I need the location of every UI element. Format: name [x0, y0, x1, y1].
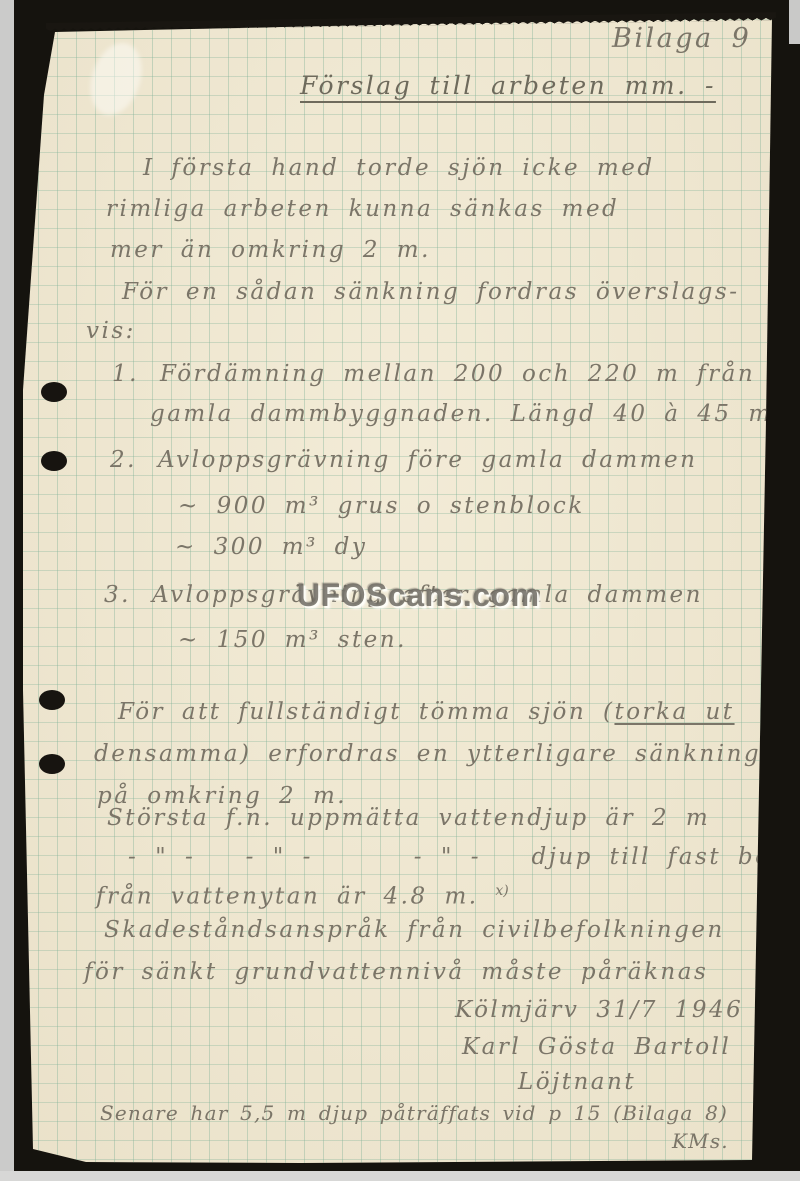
depth-line-3: från vattenytan är 4.8 m. x)	[96, 884, 509, 910]
scanner-bed-strip-bottom	[0, 1171, 800, 1181]
page-title: Förslag till arbeten mm. -	[300, 72, 716, 100]
emptying-line-1-underlined: torka ut	[614, 699, 734, 725]
signature-name: Karl Gösta Bartoll	[462, 1035, 731, 1060]
requirement-line-1: För en sådan sänkning fordras överslags-	[122, 280, 739, 305]
item-1-line-2: gamla dammbyggnaden. Längd 40 à 45 m.	[150, 402, 783, 427]
intro-line-2: rimliga arbeten kunna sänkas med	[106, 197, 619, 222]
item-1-number: 1.	[112, 362, 139, 387]
item-2-line-1: Avloppsgrävning före gamla dammen	[158, 448, 697, 473]
footnote-initials: KMs.	[672, 1130, 729, 1152]
footnote-mark: x)	[495, 883, 508, 899]
signature-rank: Löjtnant	[518, 1070, 636, 1095]
compensation-line-2: för sänkt grundvattennivå måste påräknas	[84, 960, 708, 985]
item-1-line-1: Fördämning mellan 200 och 220 m från	[160, 362, 755, 387]
intro-line-3: mer än omkring 2 m.	[110, 238, 431, 263]
requirement-line-2: vis:	[86, 319, 136, 344]
emptying-line-1-prefix: För att fullständigt tömma sjön (	[118, 699, 614, 725]
item-2-number: 2.	[110, 448, 137, 473]
scanner-bed-strip-topright	[789, 0, 800, 44]
compensation-line-1: Skadeståndsanspråk från civilbefolkninge…	[104, 918, 725, 943]
punch-hole	[39, 690, 65, 710]
item-3-quantity-1: ~ 150 m³ sten.	[178, 628, 407, 653]
depth-line-2: - " - - " - - " - djup till fast botten	[128, 845, 800, 870]
footnote-text: Senare har 5,5 m djup påträffats vid p 1…	[100, 1102, 728, 1124]
item-2-quantity-2: ~ 300 m³ dy	[175, 535, 367, 560]
attachment-label: Bilaga 9	[612, 24, 751, 54]
emptying-line-2: densamma) erfordras en ytterligare sänkn…	[94, 742, 761, 767]
emptying-line-1: För att fullständigt tömma sjön (torka u…	[118, 700, 735, 725]
paper-crease	[82, 36, 151, 121]
punch-hole	[41, 451, 67, 471]
scanned-document: Bilaga 9 Förslag till arbeten mm. - I fö…	[0, 0, 800, 1181]
item-3-number: 3.	[104, 583, 131, 608]
depth-line-1: Största f.n. uppmätta vattendjup är 2 m	[107, 806, 710, 831]
intro-line-1: I första hand torde sjön icke med	[143, 156, 655, 181]
item-2-quantity-1: ~ 900 m³ grus o stenblock	[178, 494, 585, 519]
punch-hole	[41, 382, 67, 402]
scanner-bed-strip-left	[0, 0, 14, 1181]
punch-hole	[39, 754, 65, 774]
depth-line-3-text: från vattenytan är 4.8 m.	[96, 884, 479, 910]
signature-place-date: Kölmjärv 31/7 1946	[455, 998, 743, 1023]
watermark-text: UFOScans.com	[297, 577, 540, 614]
